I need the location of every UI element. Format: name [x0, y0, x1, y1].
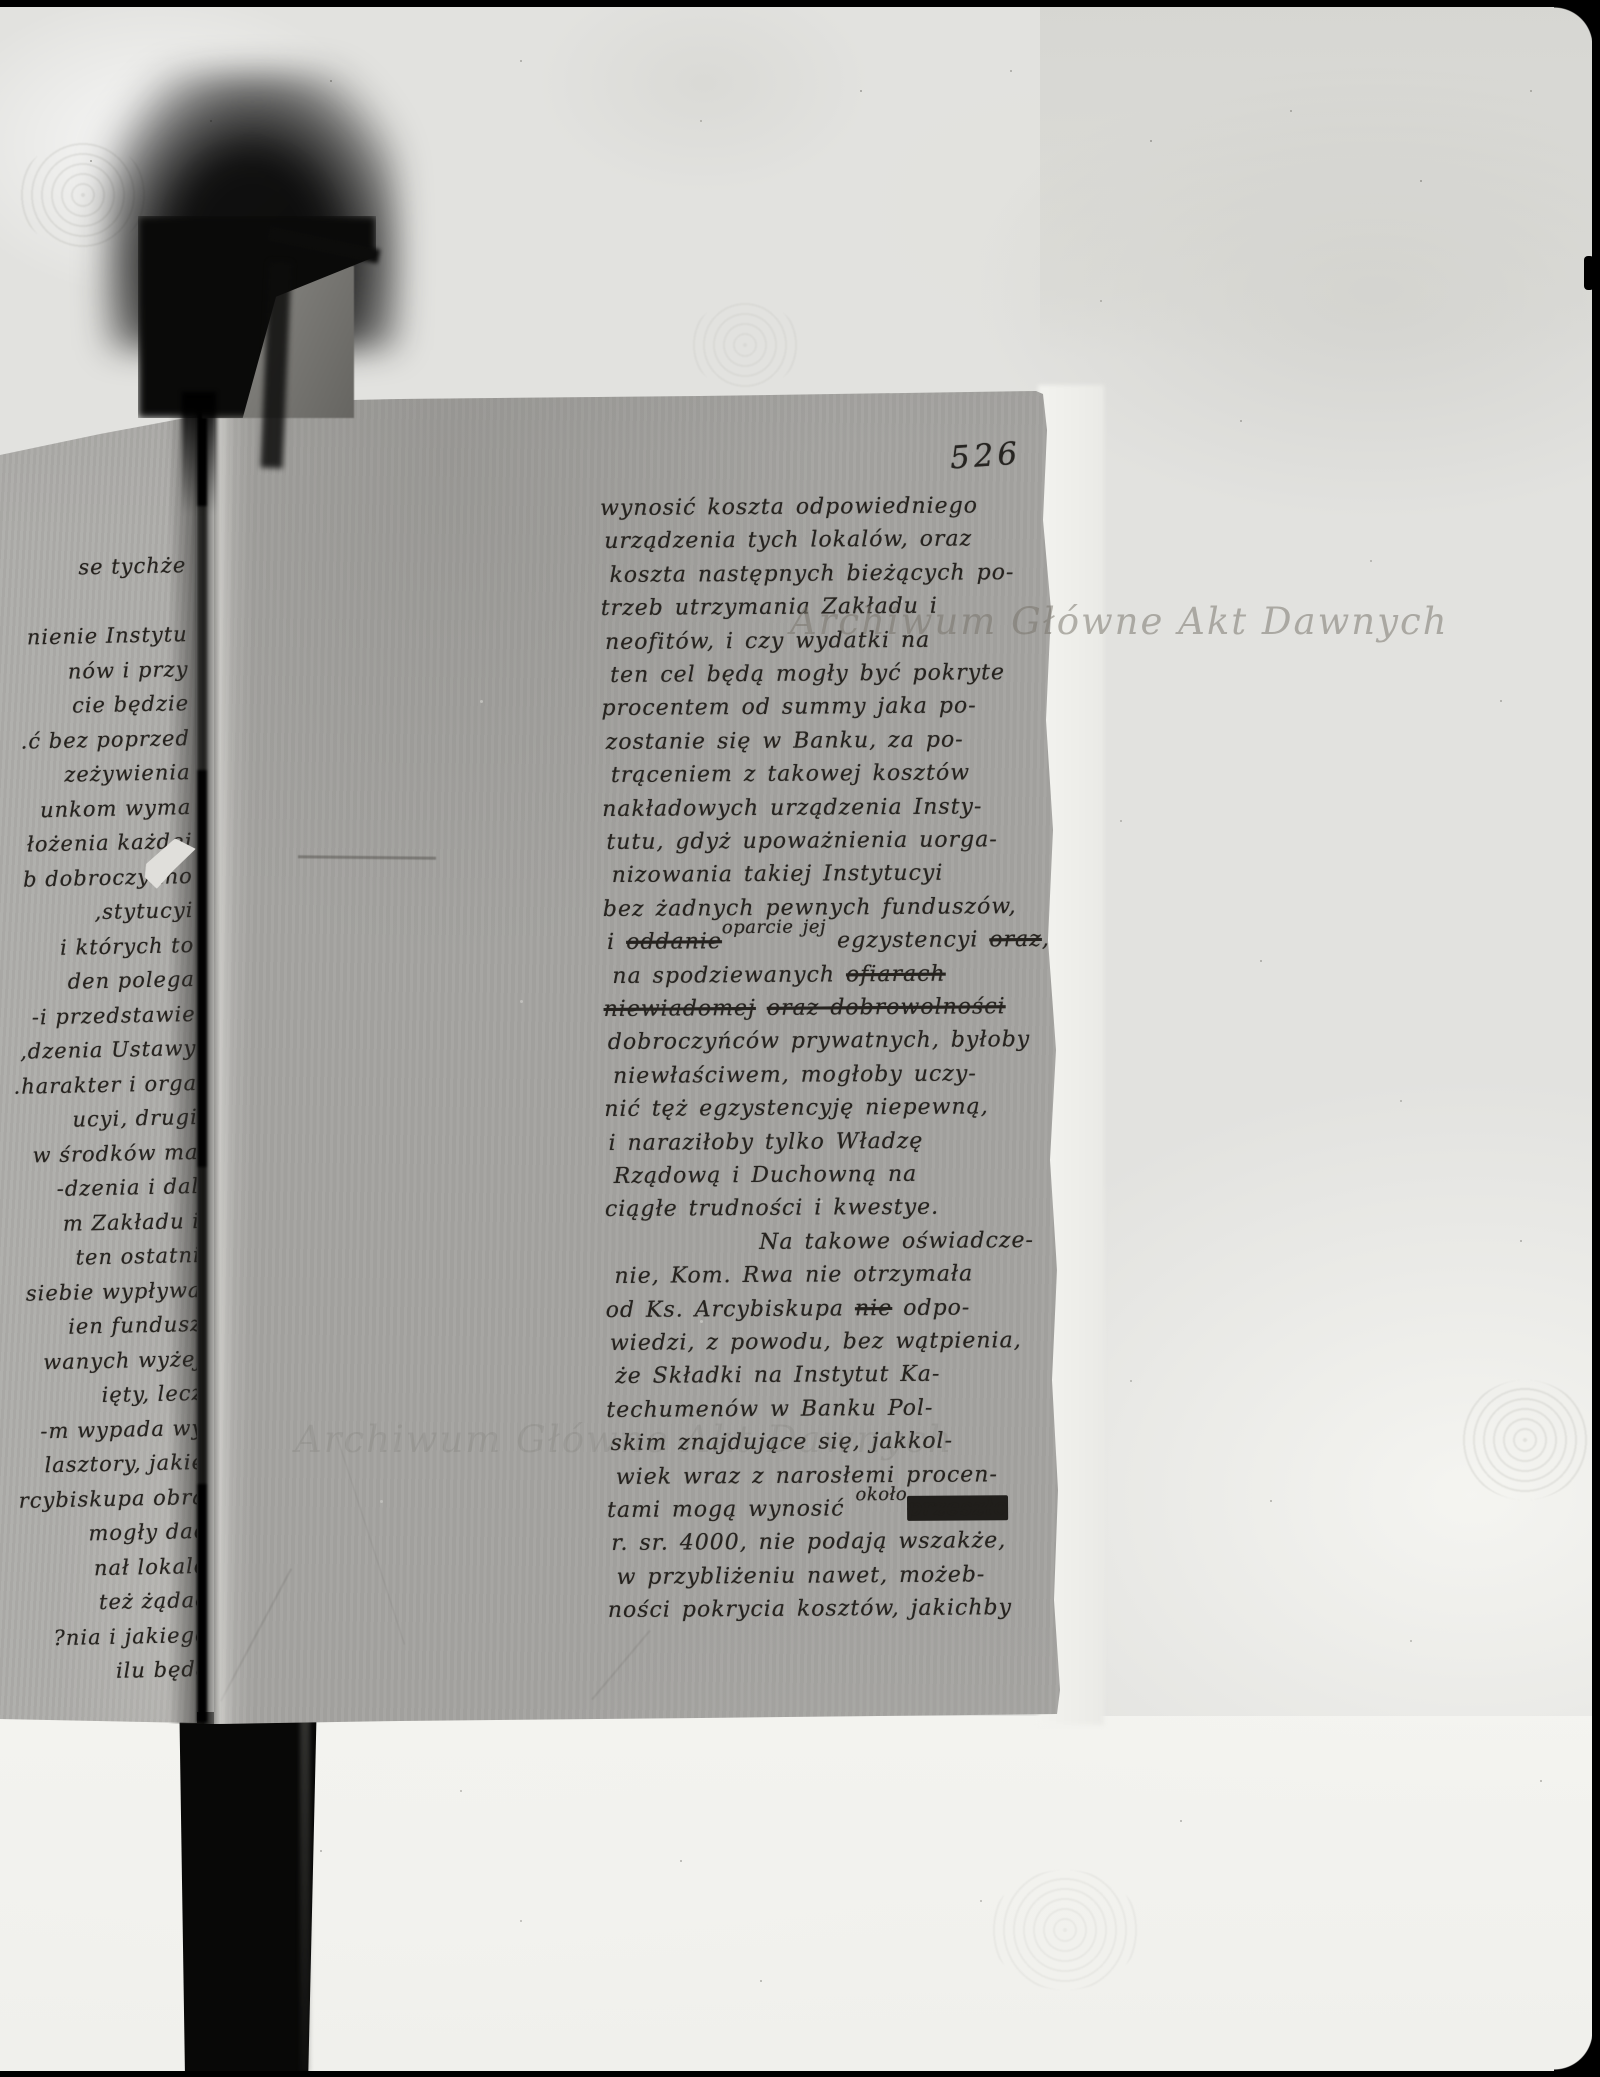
scratch-mark [591, 1630, 650, 1700]
manuscript-line: koszta następnych bieżących po- [609, 560, 1014, 597]
manuscript-segment: ciągłe trudności i kwestye. [605, 1195, 939, 1222]
manuscript-segment: r. sr. 4000, nie podają wszakże, [611, 1529, 1006, 1557]
manuscript-fragment: unkom wyma [5, 795, 192, 833]
spine-crease-line [197, 400, 207, 1722]
manuscript-line: Na takowe oświadcze- [609, 1228, 1034, 1265]
film-frame-notch [1584, 256, 1594, 290]
manuscript-blot-segment: przeszło [907, 1495, 1008, 1521]
archive-watermark-faint: Archiwum Główne Akt Dawnych [295, 1418, 954, 1461]
manuscript-segment: wiedzi, z powodu, bez wątpienia, [610, 1328, 1022, 1356]
manuscript-line: że Składki na Instytut Ka- [615, 1362, 940, 1398]
film-frame-bottom [0, 2071, 1600, 2077]
manuscript-segment: ten cel będą mogły być pokryte [610, 660, 1005, 688]
manuscript-segment: nie, Kom. Rwa nie otrzymała [614, 1262, 973, 1290]
emulsion-swirl [690, 300, 800, 390]
manuscript-line: trąceniem z takowej kosztów [611, 761, 970, 798]
manuscript-segment: wiek wraz z narosłemi procen- [616, 1462, 998, 1490]
manuscript-line: Rządową i Duchowną na [614, 1162, 918, 1198]
manuscript-segment: od Ks. Arcybiskupa [606, 1296, 855, 1323]
page-number: 526 [949, 436, 1023, 477]
manuscript-line: w przybliżeniu nawet, możeb- [616, 1562, 985, 1599]
manuscript-line: tutu, gdyż upoważnienia uorga- [606, 827, 998, 864]
archive-watermark: Archiwum Główne Akt Dawnych [790, 600, 1449, 643]
manuscript-line: wynosić koszta odpowiedniego [600, 493, 978, 530]
manuscript-line: na spodziewanych ofiarach [612, 961, 946, 997]
manuscript-fragment: se tychże [0, 553, 187, 591]
manuscript-strike-segment: oddanie [626, 929, 722, 955]
emulsion-swirl [1460, 1380, 1590, 1500]
manuscript-fragment: nienie Instytu [1, 622, 188, 660]
manuscript-fragment: ć bez poprzed. [4, 726, 191, 764]
manuscript-insert-segment: oparcie jej [722, 917, 826, 939]
manuscript-line: nie, Kom. Rwa nie otrzymała [614, 1262, 973, 1299]
scratch-mark [298, 855, 436, 859]
film-frame-top [0, 0, 1600, 7]
manuscript-strike-segment: nie [855, 1296, 892, 1321]
film-frame-right [1592, 0, 1600, 2077]
manuscript-line: niewłaściwem, mogłoby uczy- [613, 1061, 977, 1098]
manuscript-segment: i naraziłoby tylko Władzę [608, 1128, 923, 1155]
manuscript-line: nakładowych urządzenia Insty- [602, 794, 982, 831]
manuscript-segment: ności pokrycia kosztów, jakichby [608, 1595, 1012, 1623]
book-spine-bottom [178, 1712, 318, 2077]
manuscript-segment: Rządową i Duchowną na [614, 1162, 918, 1189]
manuscript-line: ten cel będą mogły być pokryte [610, 660, 1005, 697]
manuscript-fragment: i których to [8, 933, 195, 971]
clip-shadow-leg [182, 392, 216, 514]
film-frame-corner [1554, 0, 1600, 46]
manuscript-segment: urządzenia tych lokalów, oraz [604, 527, 972, 555]
manuscript-segment: wynosić koszta odpowiedniego [600, 493, 978, 521]
film-frame-corner [1554, 2031, 1600, 2077]
manuscript-segment: procentem od summy jaka po- [601, 694, 976, 722]
manuscript-segment: odpo- [892, 1295, 970, 1321]
manuscript-line: urządzenia tych lokalów, oraz [604, 527, 972, 564]
spine-crease-shadow [168, 398, 252, 1724]
manuscript-segment: w przybliżeniu nawet, możeb- [616, 1562, 985, 1590]
manuscript-segment: niewłaściwem, mogłoby uczy- [613, 1061, 977, 1089]
manuscript-line: od Ks. Arcybiskupa nie odpo- [606, 1295, 971, 1332]
manuscript-line: r. sr. 4000, nie podają wszakże, [611, 1529, 1006, 1566]
manuscript-segment: na spodziewanych [612, 962, 846, 989]
manuscript-fragment: zeżywienia [4, 760, 191, 798]
manuscript-line: niewiadomej oraz dobrowolności [603, 994, 1005, 1031]
manuscript-line: ności pokrycia kosztów, jakichby [608, 1595, 1012, 1632]
manuscript-line: dobroczyńców prywatnych, byłoby [608, 1027, 1031, 1064]
manuscript-strike-segment: oraz [989, 927, 1042, 952]
manuscript-segment: zostanie się w Banku, za po- [606, 727, 964, 754]
manuscript-fragment: cie będzie [3, 691, 190, 729]
manuscript-line: wiek wraz z narosłemi procen- [616, 1462, 998, 1499]
manuscript-line: i oddanieoparcie jej egzystencyi oraz, [607, 927, 1050, 964]
manuscript-line: ciągłe trudności i kwestye. [605, 1195, 939, 1231]
manuscript-strike-segment: oraz dobrowolności [767, 994, 1006, 1021]
manuscript-insert-segment: około [855, 1484, 907, 1505]
manuscript-line: wiedzi, z powodu, bez wątpienia, [610, 1328, 1022, 1365]
manuscript-segment: nizowania takiej Instytucyi [612, 861, 944, 888]
manuscript-line: zostanie się w Banku, za po- [606, 727, 964, 763]
archival-photo: se tychżenienie Instytunów i przycie będ… [0, 0, 1600, 2077]
left-page-text: se tychżenienie Instytunów i przycie będ… [0, 553, 190, 557]
manuscript-line: procentem od summy jaka po- [601, 694, 976, 731]
manuscript-segment [756, 996, 767, 1021]
manuscript-line: nić tęż egzystencyję niepewną, [604, 1095, 989, 1132]
manuscript-segment: że Składki na Instytut Ka- [615, 1362, 940, 1389]
manuscript-line: i naraziłoby tylko Władzę [608, 1128, 923, 1164]
manuscript-fragment: stytucyi, [7, 898, 194, 936]
manuscript-segment: egzystencyi [826, 928, 989, 954]
manuscript-segment: trąceniem z takowej kosztów [611, 761, 970, 789]
manuscript-segment: nić tęż egzystencyję niepewną, [604, 1095, 989, 1123]
manuscript-line: nizowania takiej Instytucyi [612, 861, 944, 897]
manuscript-strike-segment: ofiarach [846, 961, 946, 987]
scratch-mark [336, 1435, 405, 1645]
manuscript-segment: tami mogą wynosić [607, 1496, 856, 1523]
manuscript-fragment [1, 588, 188, 626]
spine-sheen [300, 1712, 310, 2072]
manuscript-segment: i [607, 930, 626, 955]
manuscript-segment: dobroczyńców prywatnych, byłoby [608, 1027, 1031, 1055]
manuscript-segment: koszta następnych bieżących po- [609, 560, 1014, 588]
right-page-text: wynosić koszta odpowiedniegourządzenia t… [604, 493, 1056, 496]
background-shade-band [1040, 7, 1600, 359]
manuscript-fragment: nów i przy [2, 657, 189, 695]
manuscript-segment: nakładowych urządzenia Insty- [602, 794, 982, 822]
manuscript-segment: Na takowe oświadcze- [759, 1228, 1034, 1255]
manuscript-line: tami mogą wynosić okołoprzeszło [607, 1495, 1008, 1532]
manuscript-segment: tutu, gdyż upoważnienia uorga- [606, 827, 997, 855]
manuscript-strike-segment: niewiadomej [603, 996, 755, 1022]
emulsion-swirl [990, 1870, 1140, 1990]
